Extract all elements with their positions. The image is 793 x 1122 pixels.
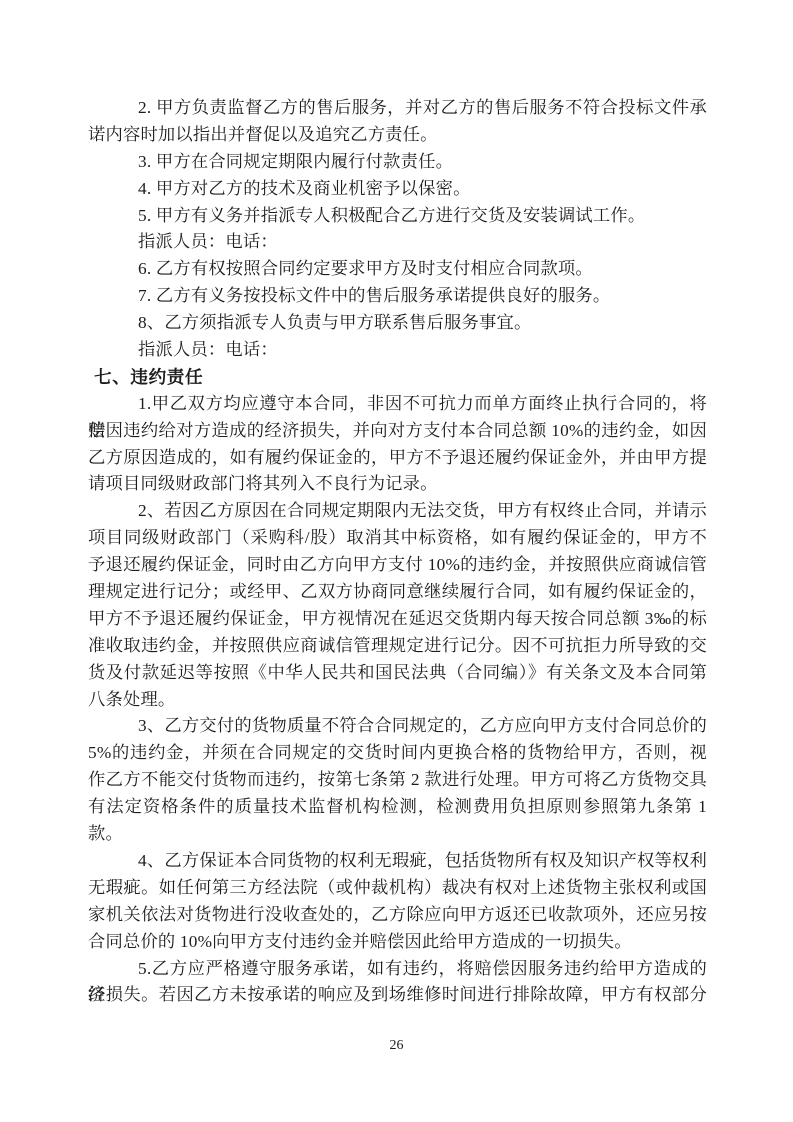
- section-heading: 七、违约责任: [88, 364, 707, 391]
- contract-text-line: 理规定进行记分；或经甲、乙双方协商同意继续履行合同，如有履约保证金的，: [88, 579, 707, 606]
- contract-text-line: 2. 甲方负责监督乙方的售后服务，并对乙方的售后服务不符合投标文件承: [88, 95, 707, 122]
- contract-text-line: 偿因违约给对方造成的经济损失，并向对方支付本合同总额 10%的违约金，如因: [88, 418, 707, 445]
- contract-text-line: 准收取违约金，并按照供应商诚信管理规定进行记分。因不可抗拒力所导致的交: [88, 633, 707, 660]
- contract-text-line: 家机关依法对货物进行没收查处的，乙方除应向甲方返还已收款项外，还应另按: [88, 902, 707, 929]
- contract-text-line: 款。: [88, 821, 707, 848]
- contract-text-line: 3. 甲方在合同规定期限内履行付款责任。: [88, 149, 707, 176]
- contract-text-line: 诺内容时加以指出并督促以及追究乙方责任。: [88, 122, 707, 149]
- contract-text-line: 有法定资格条件的质量技术监督机构检测，检测费用负担原则参照第九条第 1: [88, 794, 707, 821]
- contract-text-line: 4、乙方保证本合同货物的权利无瑕疵，包括货物所有权及知识产权等权利: [88, 848, 707, 875]
- contract-text-line: 7. 乙方有义务按投标文件中的售后服务承诺提供良好的服务。: [88, 283, 707, 310]
- contract-text-line: 5.乙方应严格遵守服务承诺，如有违约，将赔偿因服务违约给甲方造成的经: [88, 956, 707, 983]
- contract-text-line: 项目同级财政部门（采购科/股）取消其中标资格，如有履约保证金的，甲方不: [88, 525, 707, 552]
- contract-text-line: 八条处理。: [88, 687, 707, 714]
- contract-text-line: 1.甲乙双方均应遵守本合同，非因不可抗力而单方面终止执行合同的，将赔: [88, 391, 707, 418]
- contract-text-line: 6. 乙方有权按照合同约定要求甲方及时支付相应合同款项。: [88, 256, 707, 283]
- page-number: 26: [0, 1038, 793, 1054]
- contract-text-line: 济损失。若因乙方未按承诺的响应及到场维修时间进行排除故障，甲方有权部分: [88, 982, 707, 1009]
- contract-text-line: 5. 甲方有义务并指派专人积极配合乙方进行交货及安装调试工作。: [88, 203, 707, 230]
- contract-text-line: 4. 甲方对乙方的技术及商业机密予以保密。: [88, 176, 707, 203]
- document-page: 2. 甲方负责监督乙方的售后服务，并对乙方的售后服务不符合投标文件承诺内容时加以…: [0, 0, 793, 1122]
- contract-text-line: 请项目同级财政部门将其列入不良行为记录。: [88, 471, 707, 498]
- contract-body: 2. 甲方负责监督乙方的售后服务，并对乙方的售后服务不符合投标文件承诺内容时加以…: [88, 95, 707, 1009]
- contract-text-line: 无瑕疵。如任何第三方经法院（或仲裁机构）裁决有权对上述货物主张权利或国: [88, 875, 707, 902]
- contract-text-line: 甲方不予退还履约保证金，甲方视情况在延迟交货期内每天按合同总额 3‰的标: [88, 606, 707, 633]
- contract-text-line: 8、乙方须指派专人负责与甲方联系售后服务事宜。: [88, 310, 707, 337]
- contract-text-line: 作乙方不能交付货物而违约，按第七条第 2 款进行处理。甲方可将乙方货物交具: [88, 767, 707, 794]
- contract-text-line: 指派人员：电话：: [88, 229, 707, 256]
- contract-text-line: 2、若因乙方原因在合同规定期限内无法交货，甲方有权终止合同，并请示: [88, 498, 707, 525]
- contract-text-line: 货及付款延迟等按照《中华人民共和国民法典（合同编）》有关条文及本合同第: [88, 660, 707, 687]
- contract-text-line: 乙方原因造成的，如有履约保证金的，甲方不予退还履约保证金外，并由甲方提: [88, 445, 707, 472]
- contract-text-line: 指派人员：电话：: [88, 337, 707, 364]
- contract-text-line: 5%的违约金，并须在合同规定的交货时间内更换合格的货物给甲方，否则，视: [88, 740, 707, 767]
- contract-text-line: 予退还履约保证金，同时由乙方向甲方支付 10%的违约金，并按照供应商诚信管: [88, 552, 707, 579]
- contract-text-line: 3、乙方交付的货物质量不符合合同规定的，乙方应向甲方支付合同总价的: [88, 713, 707, 740]
- contract-text-line: 合同总价的 10%向甲方支付违约金并赔偿因此给甲方造成的一切损失。: [88, 929, 707, 956]
